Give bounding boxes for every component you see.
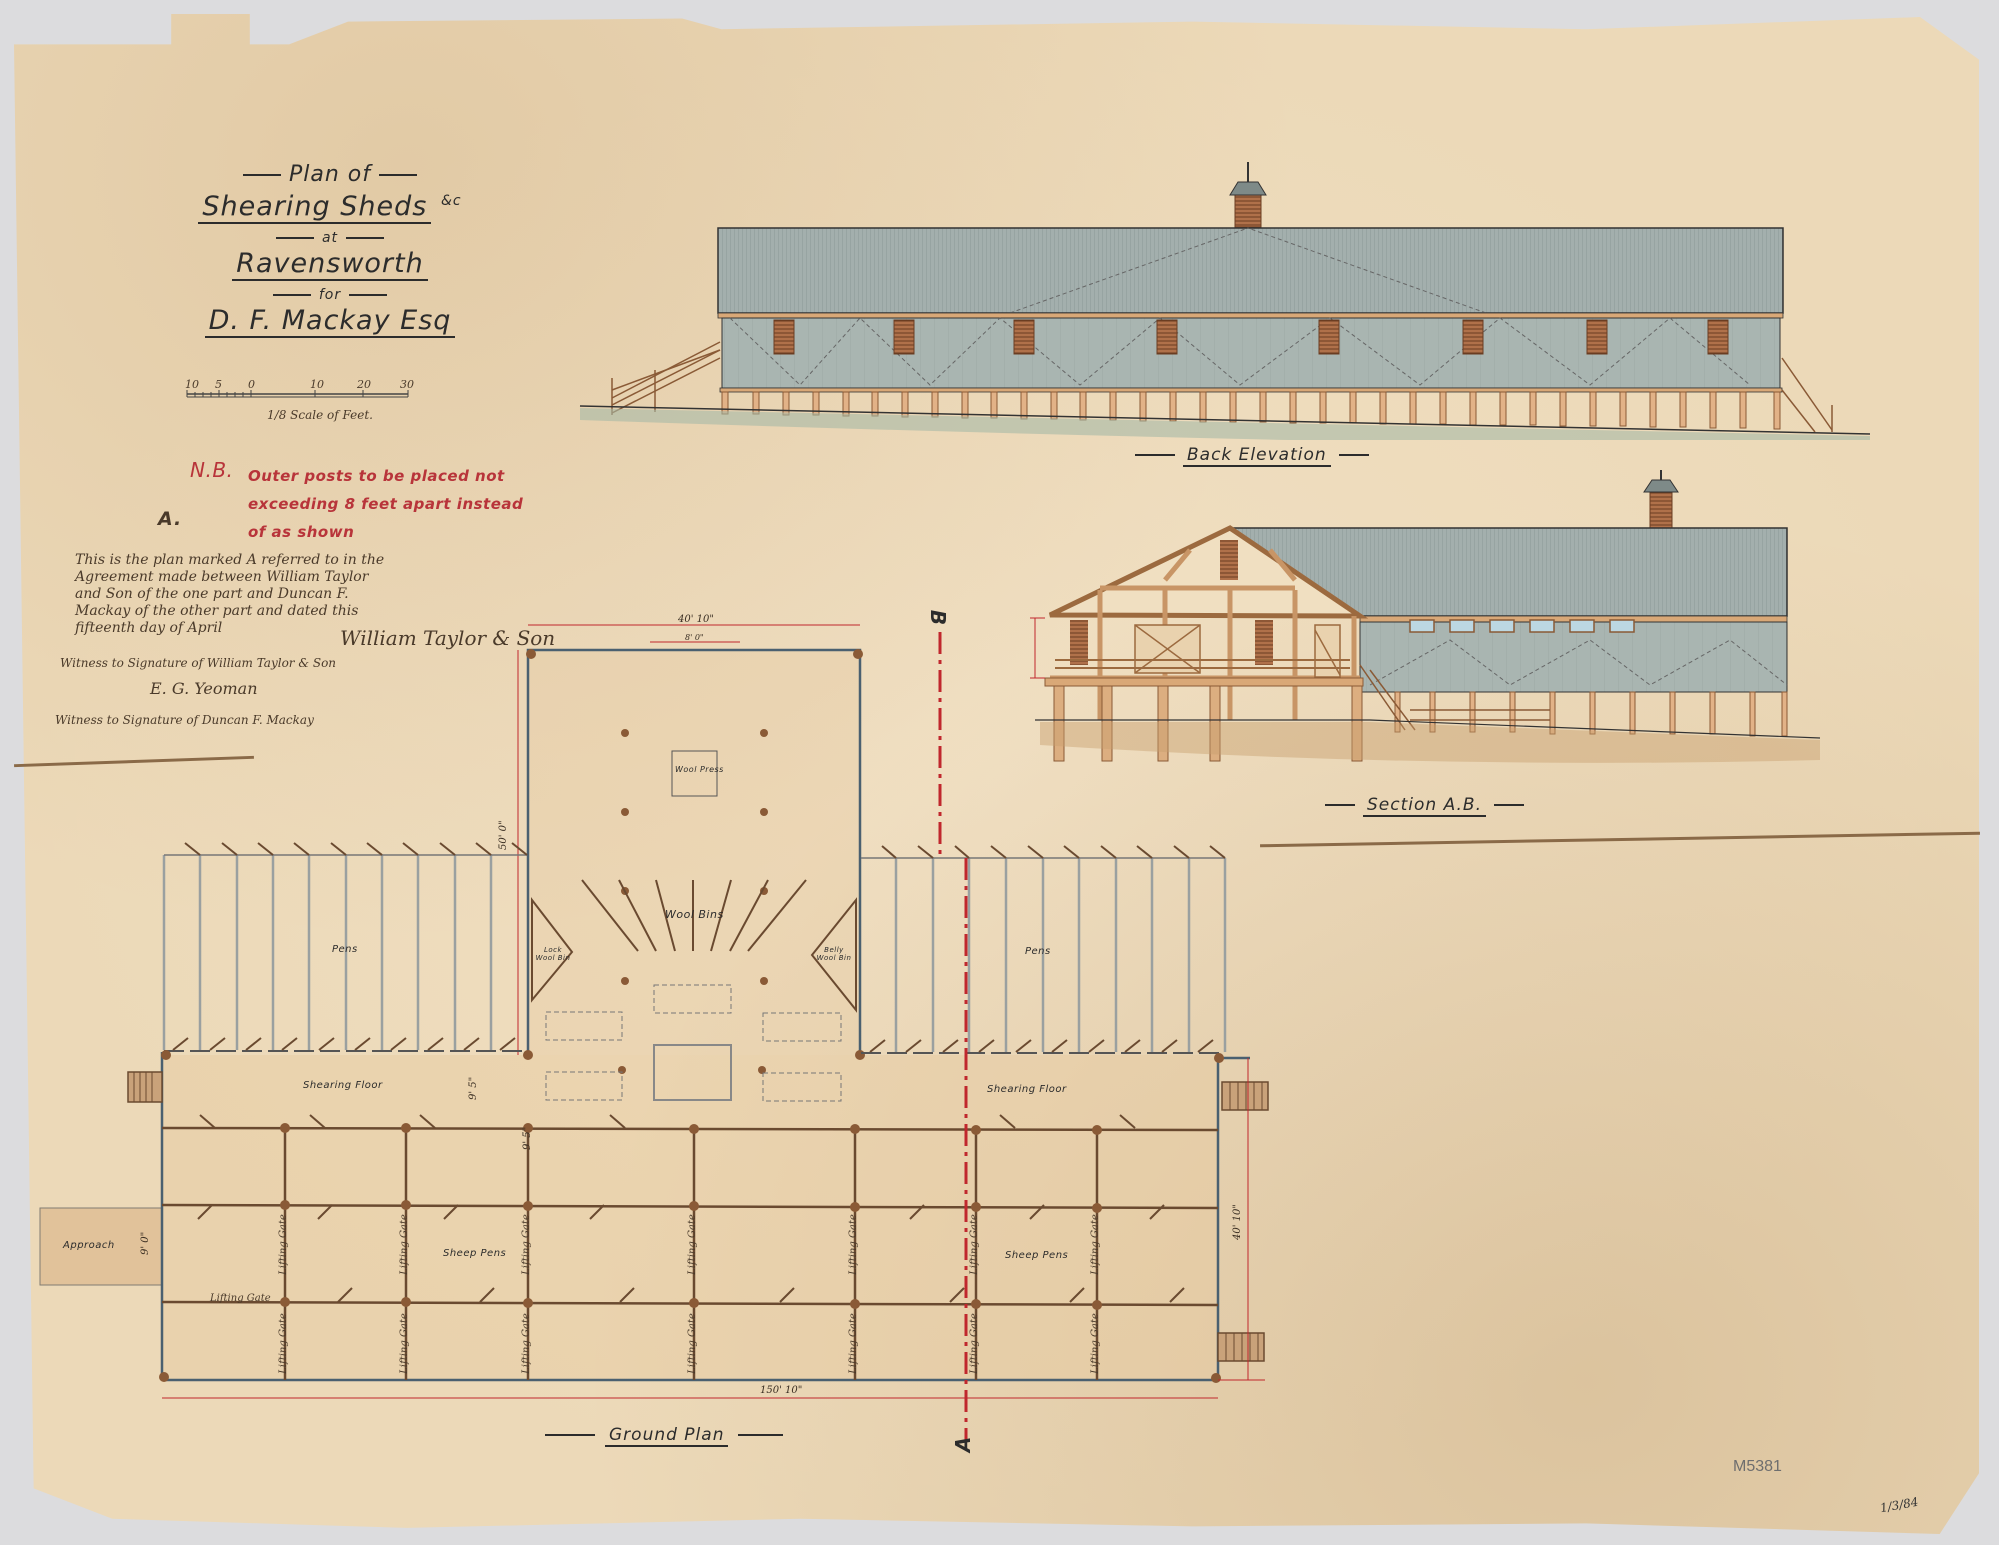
svg-text:40' 10": 40' 10"	[1232, 1204, 1243, 1241]
room-lock-wool-bin: Lock Wool Bin	[533, 946, 573, 962]
room-sheep-pens-right: Sheep Pens	[1005, 1250, 1068, 1261]
svg-text:50' 0": 50' 0"	[498, 820, 509, 850]
gate-label: Lifting Gate	[845, 1214, 862, 1275]
room-wool-press: Wool Press	[675, 765, 724, 774]
gate-label: Lifting Gate	[396, 1214, 413, 1275]
section-marker-a: A	[951, 1436, 975, 1452]
ground-plan-drawing: 40' 10" 8' 0" 50' 0" 40' 10" 150' 10" 9'…	[0, 0, 1999, 1545]
svg-text:8' 0": 8' 0"	[685, 633, 704, 642]
svg-text:150' 10": 150' 10"	[760, 1385, 802, 1396]
ground-plan-caption: Ground Plan	[545, 1425, 783, 1447]
gate-label: Lifting Gate	[845, 1313, 862, 1374]
dim-wool-room-width: 40' 10"	[677, 614, 714, 625]
gate-label: Lifting Gate	[396, 1313, 413, 1374]
room-shearing-floor-left: Shearing Floor	[303, 1080, 383, 1091]
gate-label: Lifting Gate	[518, 1313, 535, 1374]
svg-text:9' 5": 9' 5"	[468, 1077, 479, 1100]
gate-label: Lifting Gate	[966, 1214, 983, 1275]
gate-label: Lifting Gate	[684, 1313, 701, 1374]
room-sheep-pens-left: Sheep Pens	[443, 1248, 506, 1259]
room-wool-bins: Wool Bins	[665, 908, 724, 921]
gate-label: Lifting Gate	[518, 1214, 535, 1275]
gate-label: Lifting Gate	[1087, 1313, 1104, 1374]
gate-label: Lifting Gate	[275, 1214, 292, 1275]
gate-label: Lifting Gate	[966, 1313, 983, 1374]
gate-label: Lifting Gate	[684, 1214, 701, 1275]
gate-label: Lifting Gate	[210, 1290, 271, 1307]
room-approach: Approach	[63, 1240, 115, 1251]
svg-text:9' 5": 9' 5"	[522, 1127, 533, 1150]
room-belly-wool-bin: Belly Wool Bin	[814, 946, 854, 962]
room-shearing-floor-right: Shearing Floor	[987, 1084, 1067, 1095]
catalogue-number: M5381	[1733, 1458, 1782, 1476]
room-pens-right: Pens	[1025, 946, 1051, 957]
gate-label: Lifting Gate	[1087, 1214, 1104, 1275]
section-marker-b: B	[926, 610, 950, 626]
room-pens-left: Pens	[332, 944, 358, 955]
svg-text:9' 0": 9' 0"	[140, 1232, 151, 1255]
gate-label: Lifting Gate	[275, 1313, 292, 1374]
